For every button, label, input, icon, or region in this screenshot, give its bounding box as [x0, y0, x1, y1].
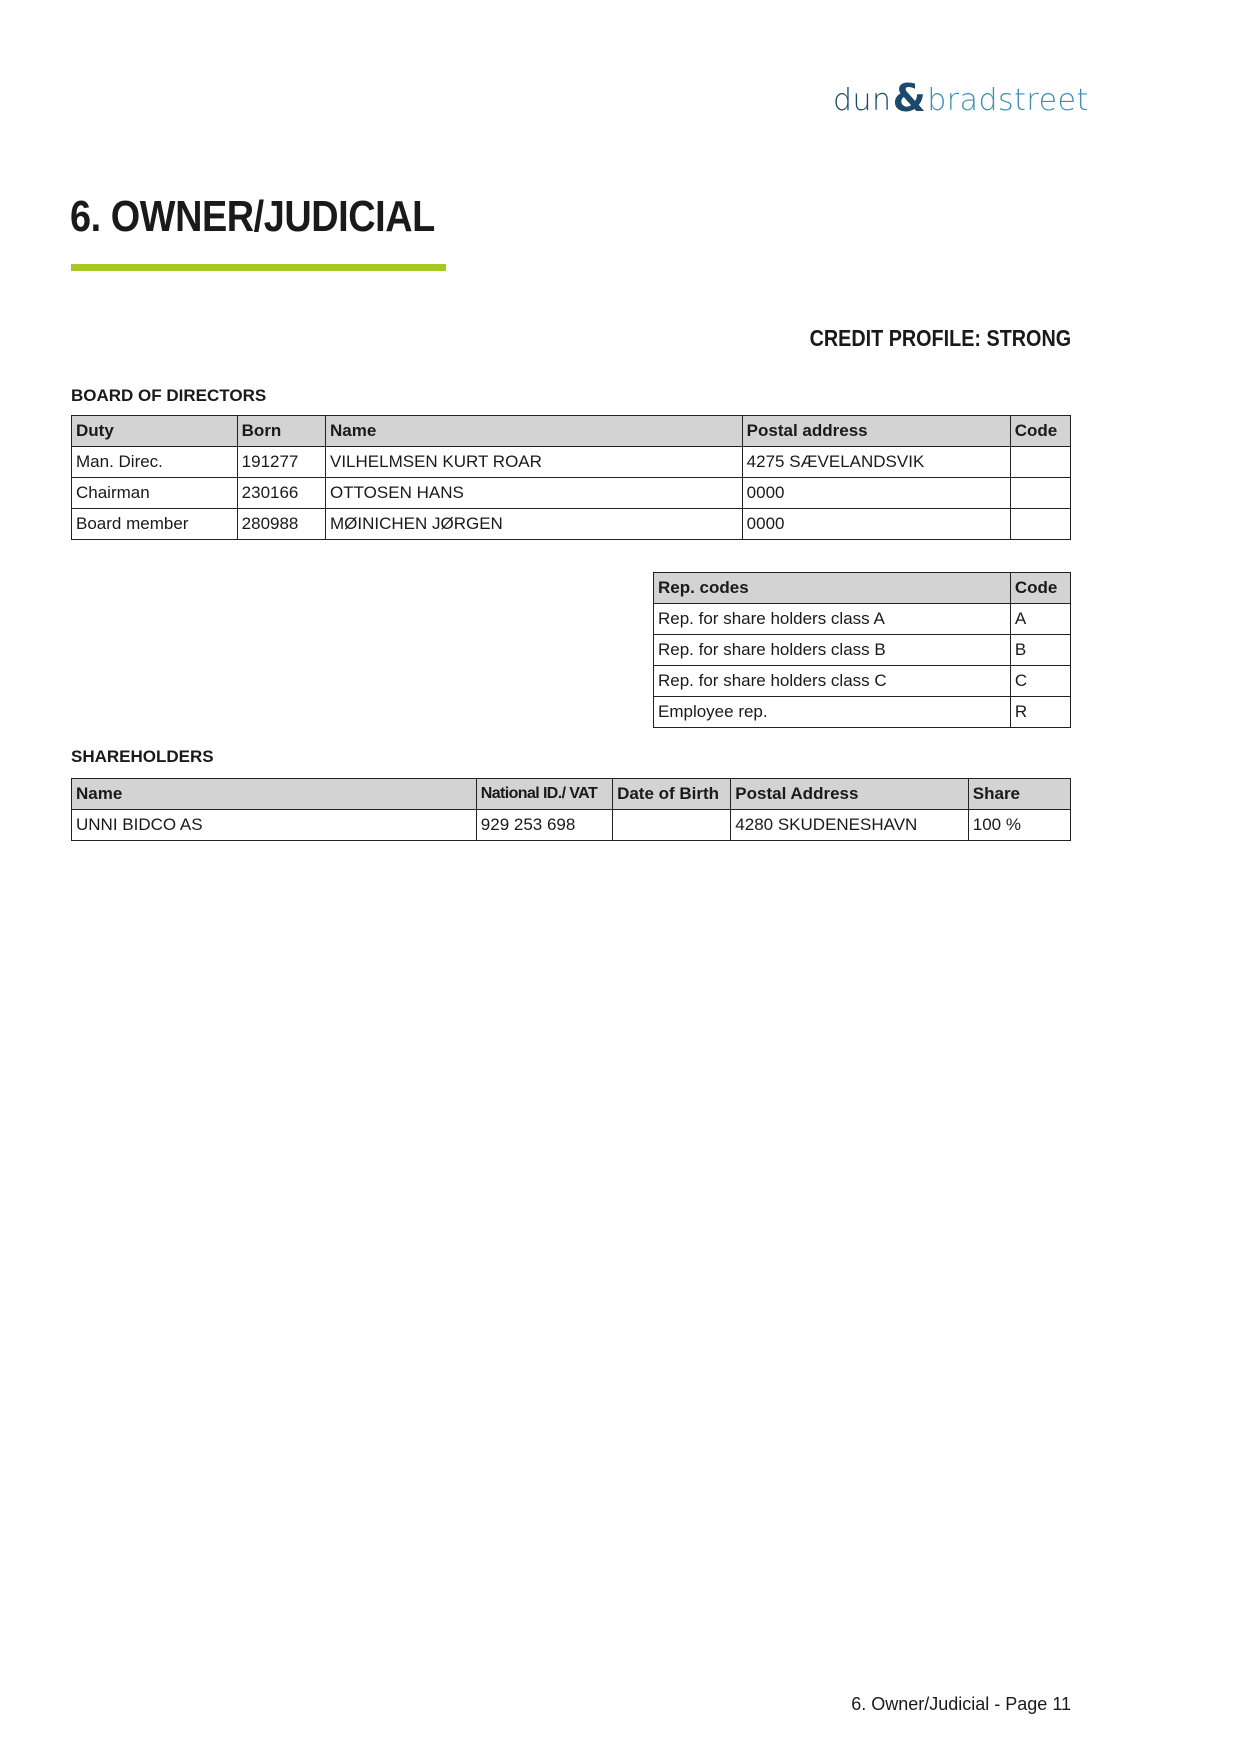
- column-header: National ID./ VAT: [476, 779, 612, 810]
- shareholders-table: Name National ID./ VAT Date of Birth Pos…: [71, 778, 1071, 841]
- table-row: Board member 280988 MØINICHEN JØRGEN 000…: [72, 509, 1071, 540]
- table-row: Rep. for share holders class C C: [654, 666, 1071, 697]
- column-header: Name: [72, 779, 477, 810]
- page-title: 6. OWNER/JUDICIAL: [70, 192, 435, 242]
- table-row: Man. Direc. 191277 VILHELMSEN KURT ROAR …: [72, 447, 1071, 478]
- table-row: Rep. for share holders class A A: [654, 604, 1071, 635]
- cell-postal-address: 0000: [742, 478, 1010, 509]
- cell-duty: Man. Direc.: [72, 447, 238, 478]
- shareholders-heading: SHAREHOLDERS: [71, 747, 214, 767]
- cell-postal-address: 0000: [742, 509, 1010, 540]
- column-header: Share: [968, 779, 1070, 810]
- cell-rep-code: R: [1010, 697, 1070, 728]
- column-header: Name: [326, 416, 743, 447]
- column-header: Rep. codes: [654, 573, 1011, 604]
- cell-born: 230166: [237, 478, 325, 509]
- cell-rep-code: A: [1010, 604, 1070, 635]
- cell-share: 100 %: [968, 810, 1070, 841]
- column-header: Postal address: [742, 416, 1010, 447]
- logo-text-dun: dun: [833, 83, 892, 118]
- credit-profile-label: CREDIT PROFILE: STRONG: [809, 325, 1071, 352]
- board-of-directors-heading: BOARD OF DIRECTORS: [71, 386, 266, 406]
- column-header: Postal Address: [731, 779, 968, 810]
- cell-rep-code: C: [1010, 666, 1070, 697]
- cell-rep-description: Rep. for share holders class C: [654, 666, 1011, 697]
- cell-name: VILHELMSEN KURT ROAR: [326, 447, 743, 478]
- dun-bradstreet-logo: dun & bradstreet: [833, 78, 1089, 122]
- cell-rep-description: Rep. for share holders class B: [654, 635, 1011, 666]
- title-underline-rule: [71, 264, 446, 271]
- column-header: Code: [1010, 416, 1070, 447]
- cell-date-of-birth: [613, 810, 731, 841]
- cell-rep-code: B: [1010, 635, 1070, 666]
- cell-duty: Board member: [72, 509, 238, 540]
- table-row: Chairman 230166 OTTOSEN HANS 0000: [72, 478, 1071, 509]
- table-header-row: Duty Born Name Postal address Code: [72, 416, 1071, 447]
- cell-rep-description: Employee rep.: [654, 697, 1011, 728]
- table-header-row: Rep. codes Code: [654, 573, 1071, 604]
- cell-born: 280988: [237, 509, 325, 540]
- cell-born: 191277: [237, 447, 325, 478]
- cell-name: MØINICHEN JØRGEN: [326, 509, 743, 540]
- cell-name: OTTOSEN HANS: [326, 478, 743, 509]
- cell-code: [1010, 509, 1070, 540]
- cell-name: UNNI BIDCO AS: [72, 810, 477, 841]
- logo-text-bradstreet: bradstreet: [927, 83, 1089, 118]
- board-of-directors-table: Duty Born Name Postal address Code Man. …: [71, 415, 1071, 540]
- table-row: Rep. for share holders class B B: [654, 635, 1071, 666]
- rep-codes-table: Rep. codes Code Rep. for share holders c…: [653, 572, 1071, 728]
- cell-national-id: 929 253 698: [476, 810, 612, 841]
- cell-postal-address: 4280 SKUDENESHAVN: [731, 810, 968, 841]
- table-row: UNNI BIDCO AS 929 253 698 4280 SKUDENESH…: [72, 810, 1071, 841]
- logo-ampersand-icon: &: [893, 76, 927, 120]
- page-footer: 6. Owner/Judicial - Page 11: [851, 1694, 1071, 1715]
- cell-code: [1010, 447, 1070, 478]
- column-header: Code: [1010, 573, 1070, 604]
- column-header: Date of Birth: [613, 779, 731, 810]
- column-header: Born: [237, 416, 325, 447]
- cell-duty: Chairman: [72, 478, 238, 509]
- cell-rep-description: Rep. for share holders class A: [654, 604, 1011, 635]
- table-header-row: Name National ID./ VAT Date of Birth Pos…: [72, 779, 1071, 810]
- column-header: Duty: [72, 416, 238, 447]
- table-row: Employee rep. R: [654, 697, 1071, 728]
- cell-code: [1010, 478, 1070, 509]
- cell-postal-address: 4275 SÆVELANDSVIK: [742, 447, 1010, 478]
